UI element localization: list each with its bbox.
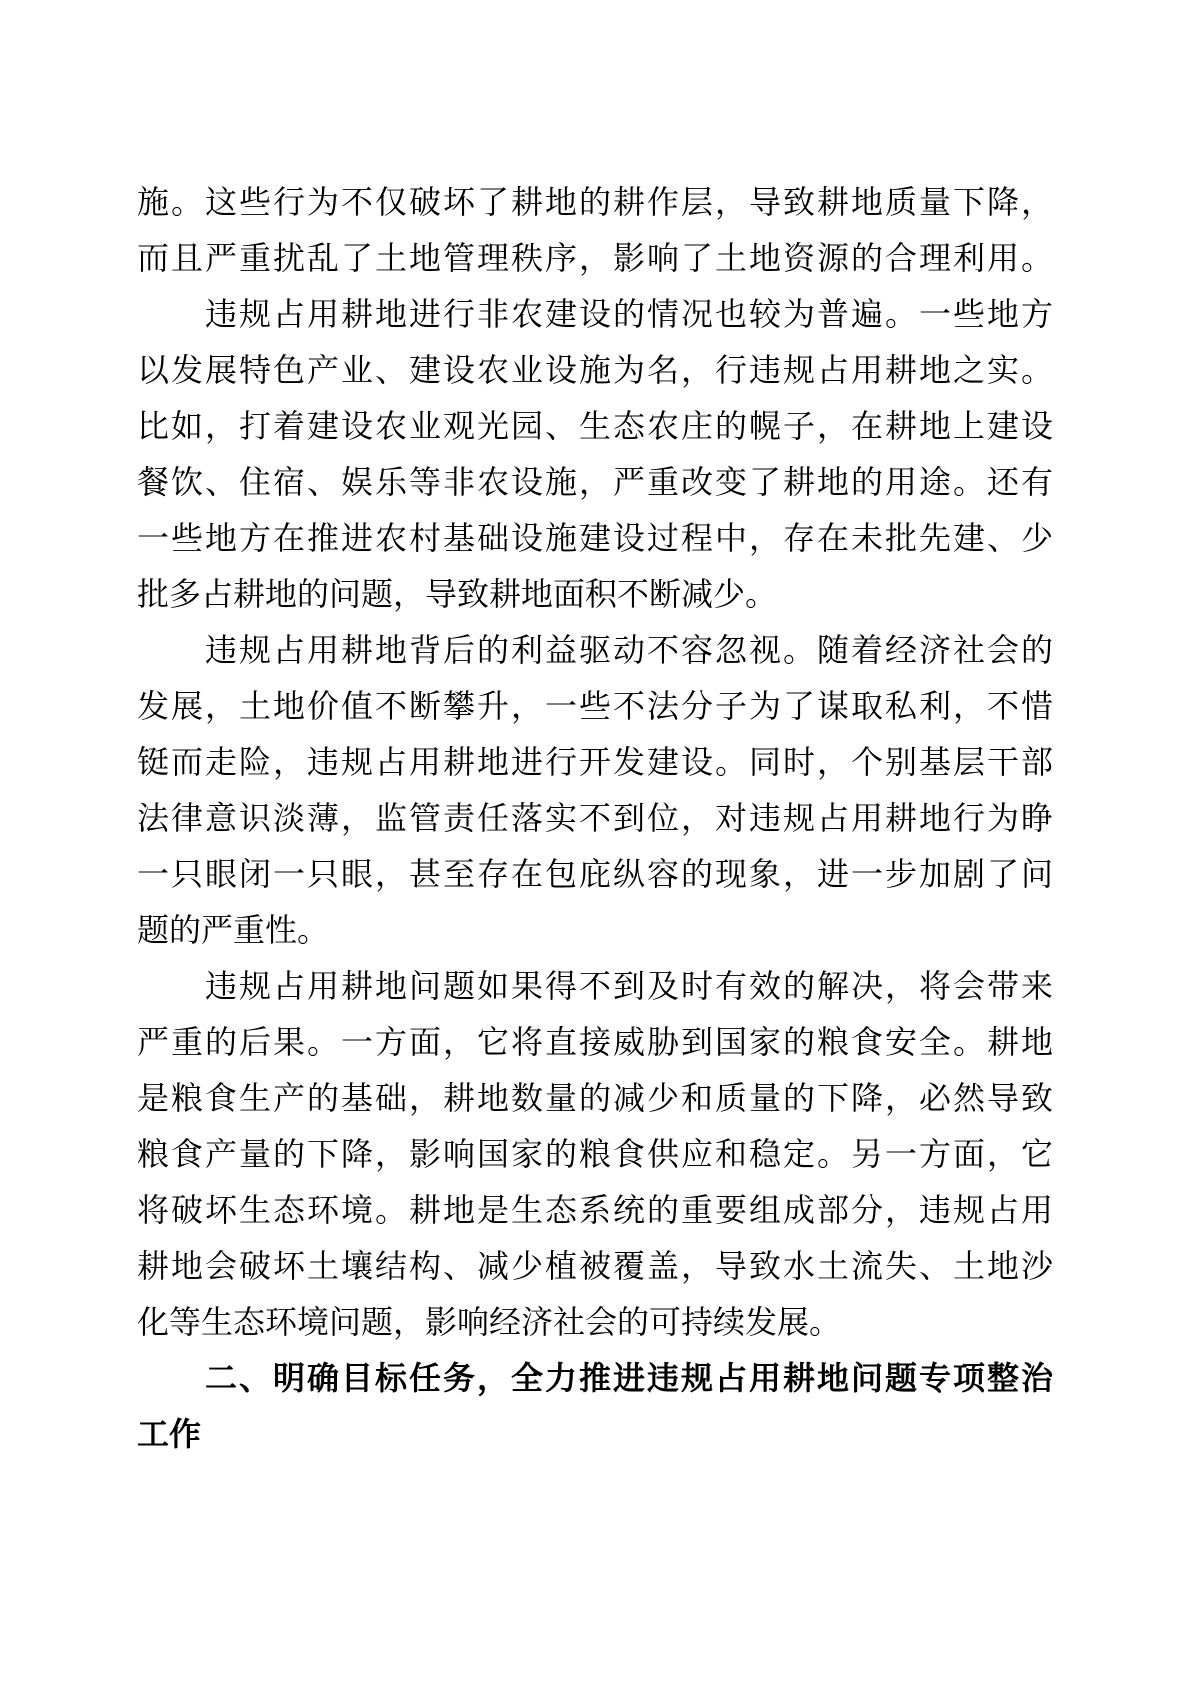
text-line: 以发展特色产业、建设农业设施为名，行违规占用耕地之实。: [137, 342, 1053, 398]
text-line: 是粮食生产的基础，耕地数量的减少和质量的下降，必然导致: [137, 1070, 1053, 1126]
text-line: 化等生态环境问题，影响经济社会的可持续发展。: [137, 1294, 1053, 1350]
text-line: 法律意识淡薄，监管责任落实不到位，对违规占用耕地行为睁: [137, 790, 1053, 846]
paragraph-interest-drive: 违规占用耕地背后的利益驱动不容忽视。随着经济社会的 发展，土地价值不断攀升，一些…: [137, 622, 1053, 958]
text-line: 违规占用耕地背后的利益驱动不容忽视。随着经济社会的: [137, 622, 1053, 678]
text-line: 一些地方在推进农村基础设施建设过程中，存在未批先建、少: [137, 510, 1053, 566]
text-line: 违规占用耕地问题如果得不到及时有效的解决，将会带来: [137, 958, 1053, 1014]
text-line: 耕地会破坏土壤结构、减少植被覆盖，导致水土流失、土地沙: [137, 1238, 1053, 1294]
text-line: 批多占耕地的问题，导致耕地面积不断减少。: [137, 566, 1053, 622]
paragraph-continuation: 施。这些行为不仅破坏了耕地的耕作层，导致耕地质量下降， 而且严重扰乱了土地管理秩…: [137, 174, 1053, 286]
text-line: 比如，打着建设农业观光园、生态农庄的幌子，在耕地上建设: [137, 398, 1053, 454]
text-line: 题的严重性。: [137, 902, 1053, 958]
section-heading: 二、明确目标任务，全力推进违规占用耕地问题专项整治 工作: [137, 1350, 1053, 1462]
heading-line: 工作: [137, 1406, 1053, 1462]
paragraph-consequences: 违规占用耕地问题如果得不到及时有效的解决，将会带来 严重的后果。一方面，它将直接…: [137, 958, 1053, 1350]
paragraph-nonfarm-construction: 违规占用耕地进行非农建设的情况也较为普遍。一些地方 以发展特色产业、建设农业设施…: [137, 286, 1053, 622]
text-line: 将破坏生态环境。耕地是生态系统的重要组成部分，违规占用: [137, 1182, 1053, 1238]
text-line: 而且严重扰乱了土地管理秩序，影响了土地资源的合理利用。: [137, 230, 1053, 286]
text-line: 违规占用耕地进行非农建设的情况也较为普遍。一些地方: [137, 286, 1053, 342]
text-line: 严重的后果。一方面，它将直接威胁到国家的粮食安全。耕地: [137, 1014, 1053, 1070]
text-line: 施。这些行为不仅破坏了耕地的耕作层，导致耕地质量下降，: [137, 174, 1053, 230]
text-line: 铤而走险，违规占用耕地进行开发建设。同时，个别基层干部: [137, 734, 1053, 790]
text-line: 发展，土地价值不断攀升，一些不法分子为了谋取私利，不惜: [137, 678, 1053, 734]
text-column: 施。这些行为不仅破坏了耕地的耕作层，导致耕地质量下降， 而且严重扰乱了土地管理秩…: [137, 174, 1053, 1462]
text-line: 餐饮、住宿、娱乐等非农设施，严重改变了耕地的用途。还有: [137, 454, 1053, 510]
text-line: 一只眼闭一只眼，甚至存在包庇纵容的现象，进一步加剧了问: [137, 846, 1053, 902]
heading-line: 二、明确目标任务，全力推进违规占用耕地问题专项整治: [137, 1350, 1053, 1406]
document-page: 施。这些行为不仅破坏了耕地的耕作层，导致耕地质量下降， 而且严重扰乱了土地管理秩…: [0, 0, 1190, 1683]
text-line: 粮食产量的下降，影响国家的粮食供应和稳定。另一方面，它: [137, 1126, 1053, 1182]
